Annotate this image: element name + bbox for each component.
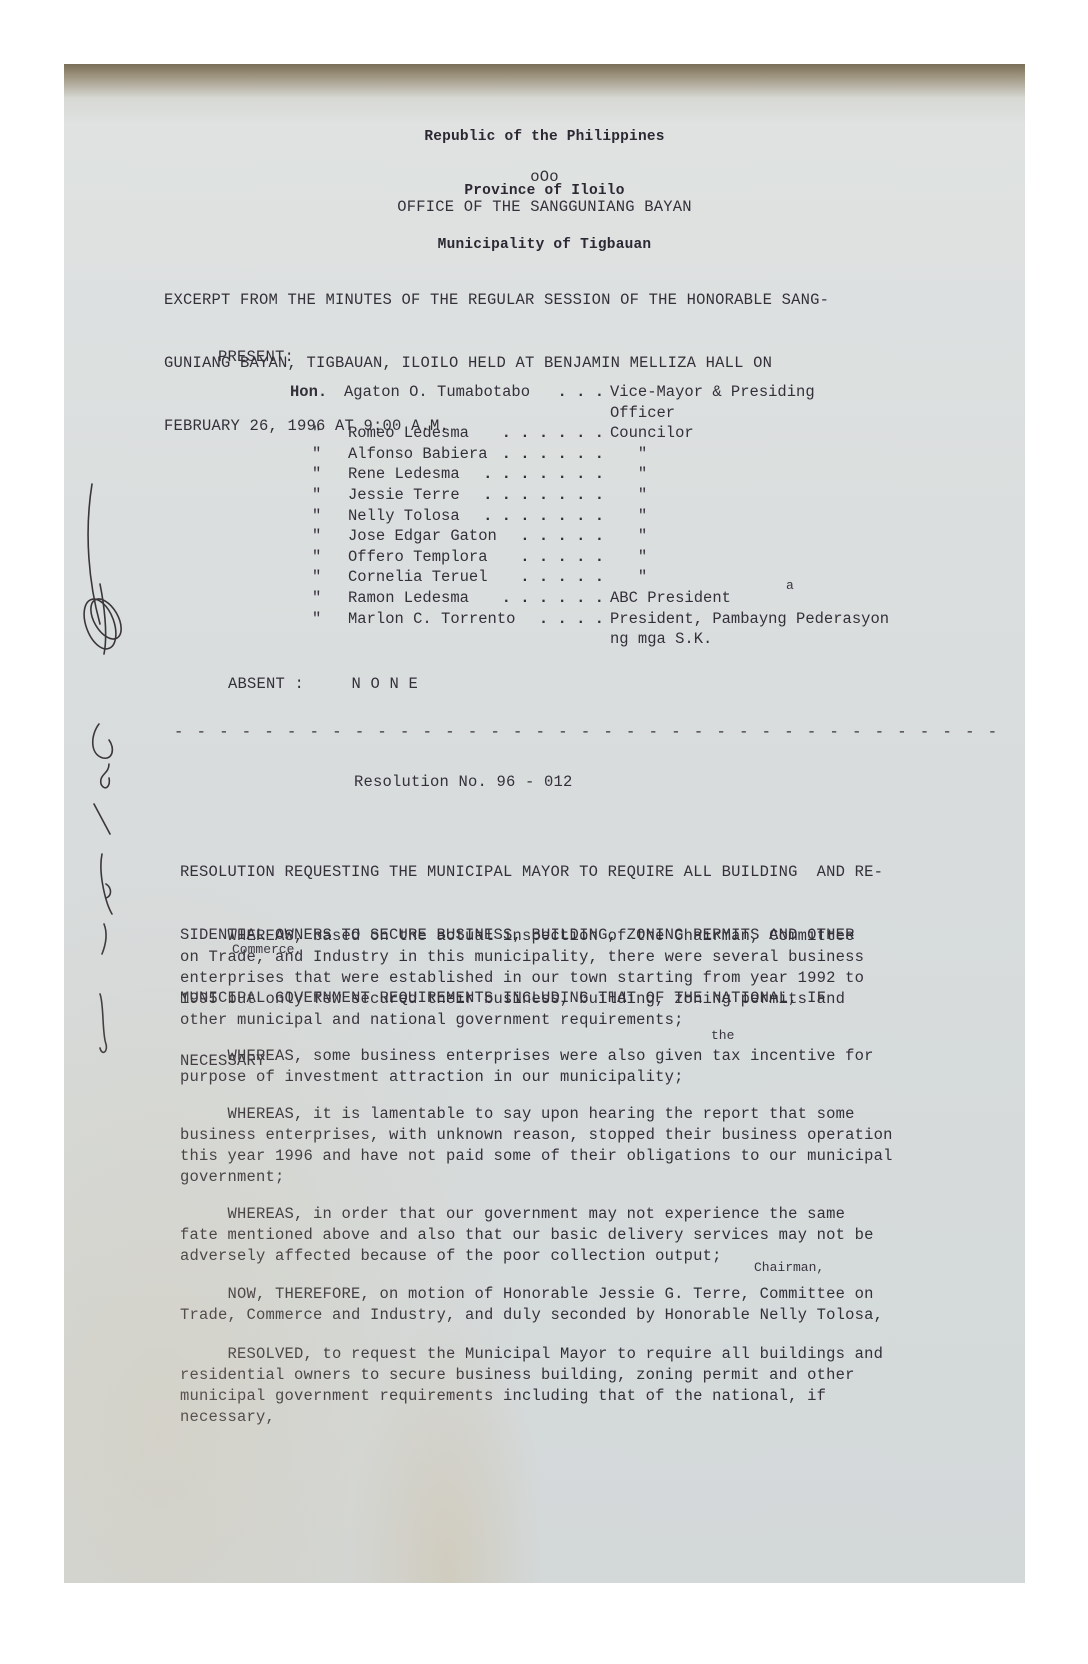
paragraph-line: WHEREAS, based on the actual inspection … (180, 926, 1000, 947)
member-prefix: Hon. (290, 382, 327, 403)
absent-label: ABSENT : (228, 675, 304, 693)
member-name: Jessie Terre (348, 485, 460, 506)
resolution-number: Resolution No. 96 - 012 (354, 772, 573, 793)
member-name: Nelly Tolosa (348, 506, 460, 527)
section-divider: - - - - - - - - - - - - - - - - - - - - … (174, 722, 999, 743)
member-prefix: " (312, 547, 321, 568)
member-leader-dots: . . . . . . . (483, 485, 604, 506)
excerpt-line: FEBRUARY 26, 1996 AT 9:00 A.M. (164, 416, 829, 437)
member-prefix: " (312, 423, 321, 444)
member-leader-dots: . . . . (539, 609, 604, 630)
handwritten-insertion: Chairman, (754, 1260, 824, 1275)
member-position: Councilor (610, 423, 694, 444)
member-leader-dots: . . . . . (520, 567, 604, 588)
member-name: Jose Edgar Gaton (348, 526, 497, 547)
member-position: " (610, 526, 647, 547)
present-label: PRESENT: (218, 347, 294, 368)
member-name: Alfonso Babiera (348, 444, 488, 465)
paragraph-line: municipal government requirements includ… (180, 1386, 1000, 1407)
resolution-paragraph: WHEREAS, in order that our government ma… (180, 1204, 1000, 1267)
member-leader-dots: . . . . . (520, 547, 604, 568)
document-page: Republic of the Philippines Province of … (64, 64, 1025, 1583)
member-name: Ramon Ledesma (348, 588, 469, 609)
margin-signature-icon (64, 64, 184, 1164)
member-prefix: " (312, 444, 321, 465)
absent-row: ABSENT : N O N E (228, 674, 418, 695)
member-prefix: " (312, 464, 321, 485)
member-leader-dots: . . . . . . (502, 444, 604, 465)
resolution-paragraph: WHEREAS, based on the actual inspection … (180, 926, 1000, 1031)
paragraph-line: WHEREAS, in order that our government ma… (180, 1204, 1000, 1225)
member-prefix: " (312, 567, 321, 588)
resolution-title-line: RESOLUTION REQUESTING THE MUNICIPAL MAYO… (180, 862, 883, 883)
member-leader-dots: . . . . . . . (483, 464, 604, 485)
paragraph-line: residential owners to secure business bu… (180, 1365, 1000, 1386)
resolution-paragraph: WHEREAS, it is lamentable to say upon he… (180, 1104, 1000, 1188)
paragraph-line: adversely affected because of the poor c… (180, 1246, 1000, 1267)
member-prefix: " (312, 485, 321, 506)
excerpt-line: EXCERPT FROM THE MINUTES OF THE REGULAR … (164, 290, 829, 311)
office-title: OFFICE OF THE SANGGUNIANG BAYAN (64, 197, 1025, 218)
member-position: " (610, 444, 647, 465)
inserted-letter: a (786, 578, 794, 593)
member-name: Offero Templora (348, 547, 488, 568)
member-position-cont: Officer (610, 403, 675, 424)
member-leader-dots: . . . . . . (502, 588, 604, 609)
member-name: Marlon C. Torrento (348, 609, 515, 630)
member-position: " (610, 506, 647, 527)
paragraph-line: WHEREAS, some business enterprises were … (180, 1046, 1000, 1067)
member-leader-dots: . . . . . (520, 526, 604, 547)
resolution-paragraph: WHEREAS, some business enterprises were … (180, 1046, 1000, 1088)
member-leader-dots: . . . (557, 382, 604, 403)
paragraph-line: fate mentioned above and also that our b… (180, 1225, 1000, 1246)
handwritten-insertion: the (711, 1028, 734, 1043)
member-prefix: " (312, 526, 321, 547)
member-position-cont: ng mga S.K. (610, 629, 712, 650)
member-position: Vice-Mayor & Presiding (610, 382, 815, 403)
member-leader-dots: . . . . . . (502, 423, 604, 444)
separator-ooo: oOo (64, 167, 1025, 188)
paragraph-line: this year 1996 and have not paid some of… (180, 1146, 1000, 1167)
member-name: Agaton O. Tumabotabo (344, 382, 530, 403)
paragraph-line: other municipal and national government … (180, 1010, 1000, 1031)
paragraph-line: NOW, THEREFORE, on motion of Honorable J… (180, 1284, 1000, 1305)
member-position: President, Pambayng Pederasyon (610, 609, 889, 630)
member-prefix: " (312, 588, 321, 609)
member-prefix: " (312, 609, 321, 630)
resolution-paragraph: RESOLVED, to request the Municipal Mayor… (180, 1344, 1000, 1428)
member-prefix: " (312, 506, 321, 527)
paragraph-line: 1995 but only few secured their business… (180, 989, 1000, 1010)
member-position: " (610, 485, 647, 506)
member-name: Cornelia Teruel (348, 567, 488, 588)
handwritten-insertion: Commerce, (232, 942, 302, 957)
paragraph-line: necessary, (180, 1407, 1000, 1428)
paragraph-line: purpose of investment attraction in our … (180, 1067, 1000, 1088)
paragraph-line: Trade, Commerce and Industry, and duly s… (180, 1305, 1000, 1326)
resolution-paragraph: NOW, THEREFORE, on motion of Honorable J… (180, 1284, 1000, 1326)
paragraph-line: on Trade, and Industry in this municipal… (180, 947, 1000, 968)
absent-value: N O N E (352, 675, 419, 693)
member-position: ABC President (610, 588, 731, 609)
paragraph-line: RESOLVED, to request the Municipal Mayor… (180, 1344, 1000, 1365)
paragraph-line: business enterprises, with unknown reaso… (180, 1125, 1000, 1146)
member-leader-dots: . . . . . . . (483, 506, 604, 527)
paragraph-line: enterprises that were established in our… (180, 968, 1000, 989)
member-position: " (610, 567, 647, 588)
member-position: " (610, 547, 647, 568)
member-position: " (610, 464, 647, 485)
letterhead-republic: Republic of the Philippines (64, 128, 1025, 146)
paragraph-line: WHEREAS, it is lamentable to say upon he… (180, 1104, 1000, 1125)
paragraph-line: government; (180, 1167, 1000, 1188)
member-name: Romeo Ledesma (348, 423, 469, 444)
member-name: Rene Ledesma (348, 464, 460, 485)
